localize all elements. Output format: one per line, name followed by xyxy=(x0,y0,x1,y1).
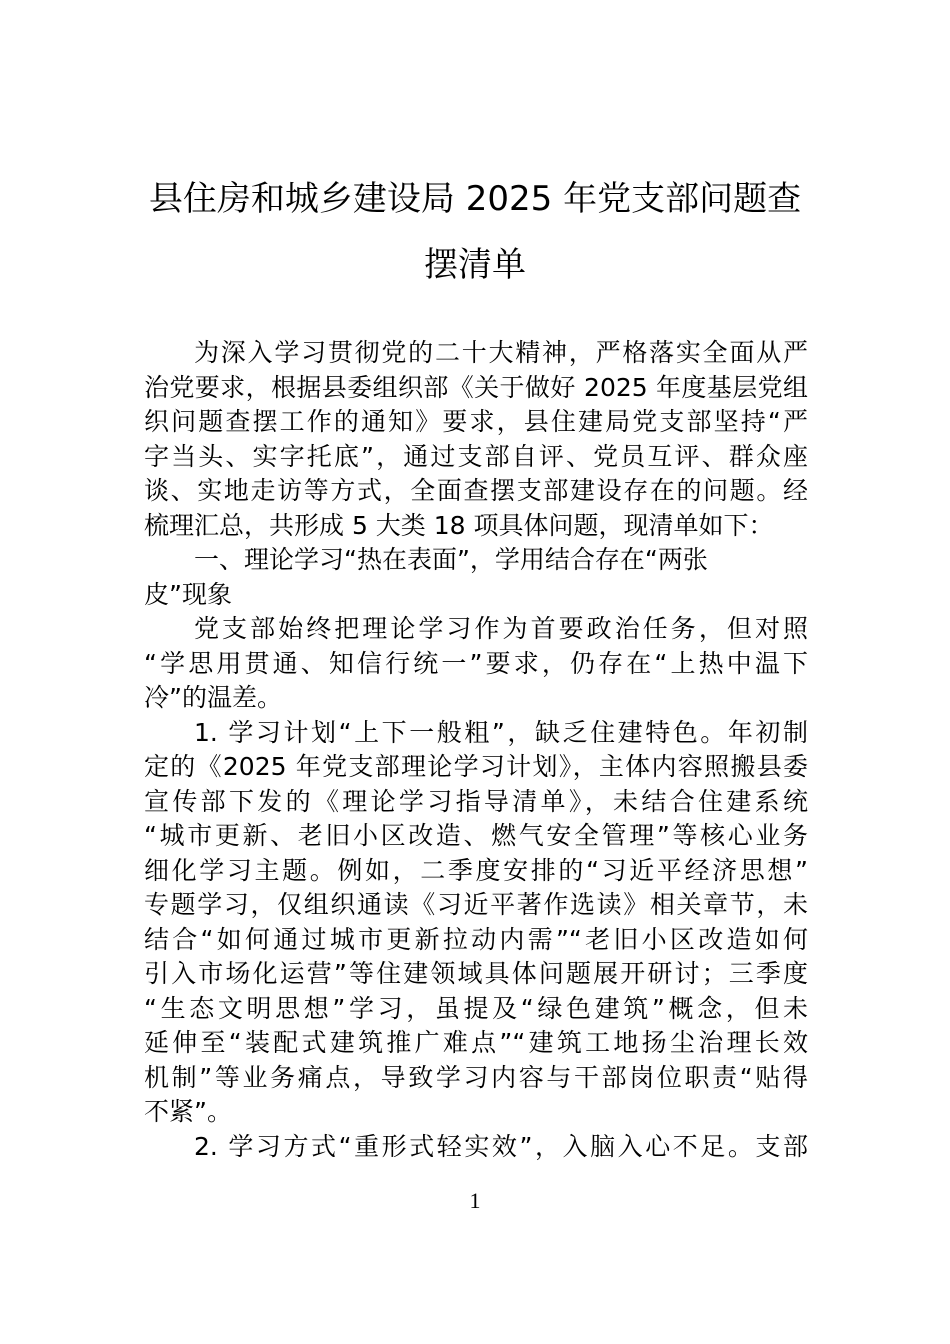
body-line: “城市更新、老旧小区改造、燃气安全管理”等核心业务 xyxy=(144,819,808,854)
page-number: 1 xyxy=(0,1188,950,1214)
body-line: 延伸至“装配式建筑推广难点”“建筑工地扬尘治理长效 xyxy=(144,1026,808,1061)
body-line: 织问题查摆工作的通知》要求，县住建局党支部坚持“严 xyxy=(144,405,808,440)
body-line: 定的《2025 年党支部理论学习计划》，主体内容照搬县委 xyxy=(144,750,808,785)
body-line: “学思用贯通、知信行统一”要求，仍存在“上热中温下 xyxy=(144,647,808,682)
body-line: 字当头、实字托底”，通过支部自评、党员互评、群众座 xyxy=(144,440,808,475)
body-line: 谈、实地走访等方式，全面查摆支部建设存在的问题。经 xyxy=(144,474,808,509)
body-line: 治党要求，根据县委组织部《关于做好 2025 年度基层党组 xyxy=(144,371,808,406)
body-line: 冷”的温差。 xyxy=(144,681,808,716)
body-line: 引入市场化运营”等住建领域具体问题展开研讨；三季度 xyxy=(144,957,808,992)
body-line: 为深入学习贯彻党的二十大精神，严格落实全面从严 xyxy=(144,336,808,371)
body-line: 不紧”。 xyxy=(144,1095,808,1130)
body-line: 梳理汇总，共形成 5 大类 18 项具体问题，现清单如下： xyxy=(144,509,808,544)
body-line: “生态文明思想”学习，虽提及“绿色建筑”概念，但未 xyxy=(144,992,808,1027)
title-line-2: 摆清单 xyxy=(140,232,810,298)
body-line: 宣传部下发的《理论学习指导清单》，未结合住建系统 xyxy=(144,785,808,820)
body-line: 细化学习主题。例如，二季度安排的“习近平经济思想” xyxy=(144,854,808,889)
body-line: 1. 学习计划“上下一般粗”，缺乏住建特色。年初制 xyxy=(144,716,808,751)
document-title: 县住房和城乡建设局 2025 年党支部问题查 摆清单 xyxy=(140,166,810,298)
document-body: 为深入学习贯彻党的二十大精神，严格落实全面从严治党要求，根据县委组织部《关于做好… xyxy=(144,336,808,1164)
body-line: 党支部始终把理论学习作为首要政治任务，但对照 xyxy=(144,612,808,647)
document-page: 县住房和城乡建设局 2025 年党支部问题查 摆清单 为深入学习贯彻党的二十大精… xyxy=(0,0,950,1344)
body-line: 皮”现象 xyxy=(144,578,808,613)
body-line: 机制”等业务痛点，导致学习内容与干部岗位职责“贴得 xyxy=(144,1061,808,1096)
body-line: 一、理论学习“热在表面”，学用结合存在“两张 xyxy=(144,543,808,578)
body-line: 2. 学习方式“重形式轻实效”，入脑入心不足。支部 xyxy=(144,1130,808,1165)
body-line: 专题学习，仅组织通读《习近平著作选读》相关章节，未 xyxy=(144,888,808,923)
title-line-1: 县住房和城乡建设局 2025 年党支部问题查 xyxy=(140,166,810,232)
body-line: 结合“如何通过城市更新拉动内需”“老旧小区改造如何 xyxy=(144,923,808,958)
